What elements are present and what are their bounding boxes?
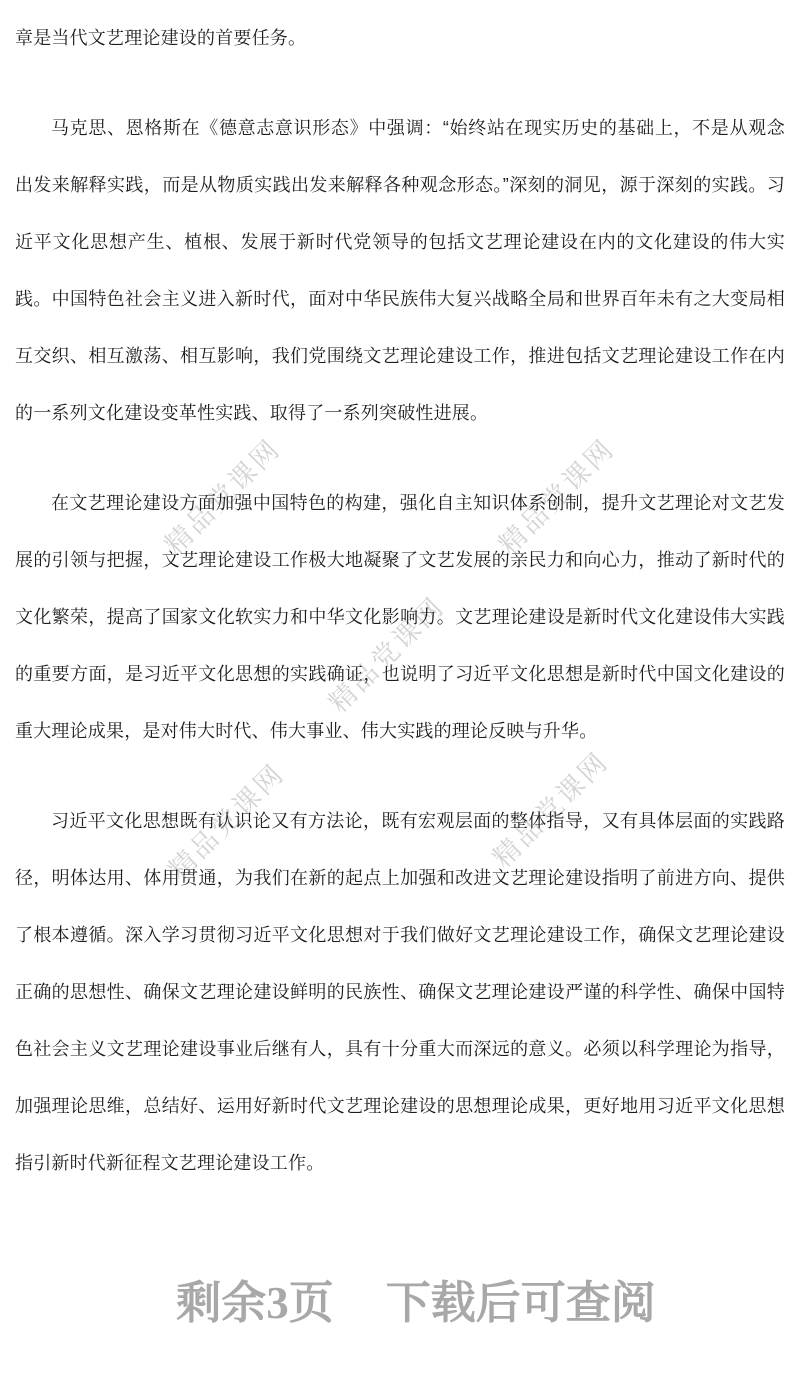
body-paragraph: 章是当代文艺理论建设的首要任务。 [15,10,785,67]
body-paragraph: 习近平文化思想既有认识论又有方法论，既有宏观层面的整体指导，又有具体层面的实践路… [15,793,785,1192]
document-body: 章是当代文艺理论建设的首要任务。马克思、恩格斯在《德意志意识形态》中强调：“始终… [15,10,785,1225]
preview-footer: 剩余3页 下载后可查阅 [16,1266,800,1331]
body-paragraph: 在文艺理论建设方面加强中国特色的构建，强化自主知识体系创制，提升文艺理论对文艺发… [15,475,785,760]
document-page: 精品党课网精品党课网精品党课网精品党课网精品党课网 章是当代文艺理论建设的首要任… [0,0,800,1373]
body-paragraph: 马克思、恩格斯在《德意志意识形态》中强调：“始终站在现实历史的基础上，不是从观念… [15,100,785,442]
download-hint-label: 下载后可查阅 [386,1266,656,1331]
remaining-pages-label: 剩余3页 [176,1266,334,1331]
